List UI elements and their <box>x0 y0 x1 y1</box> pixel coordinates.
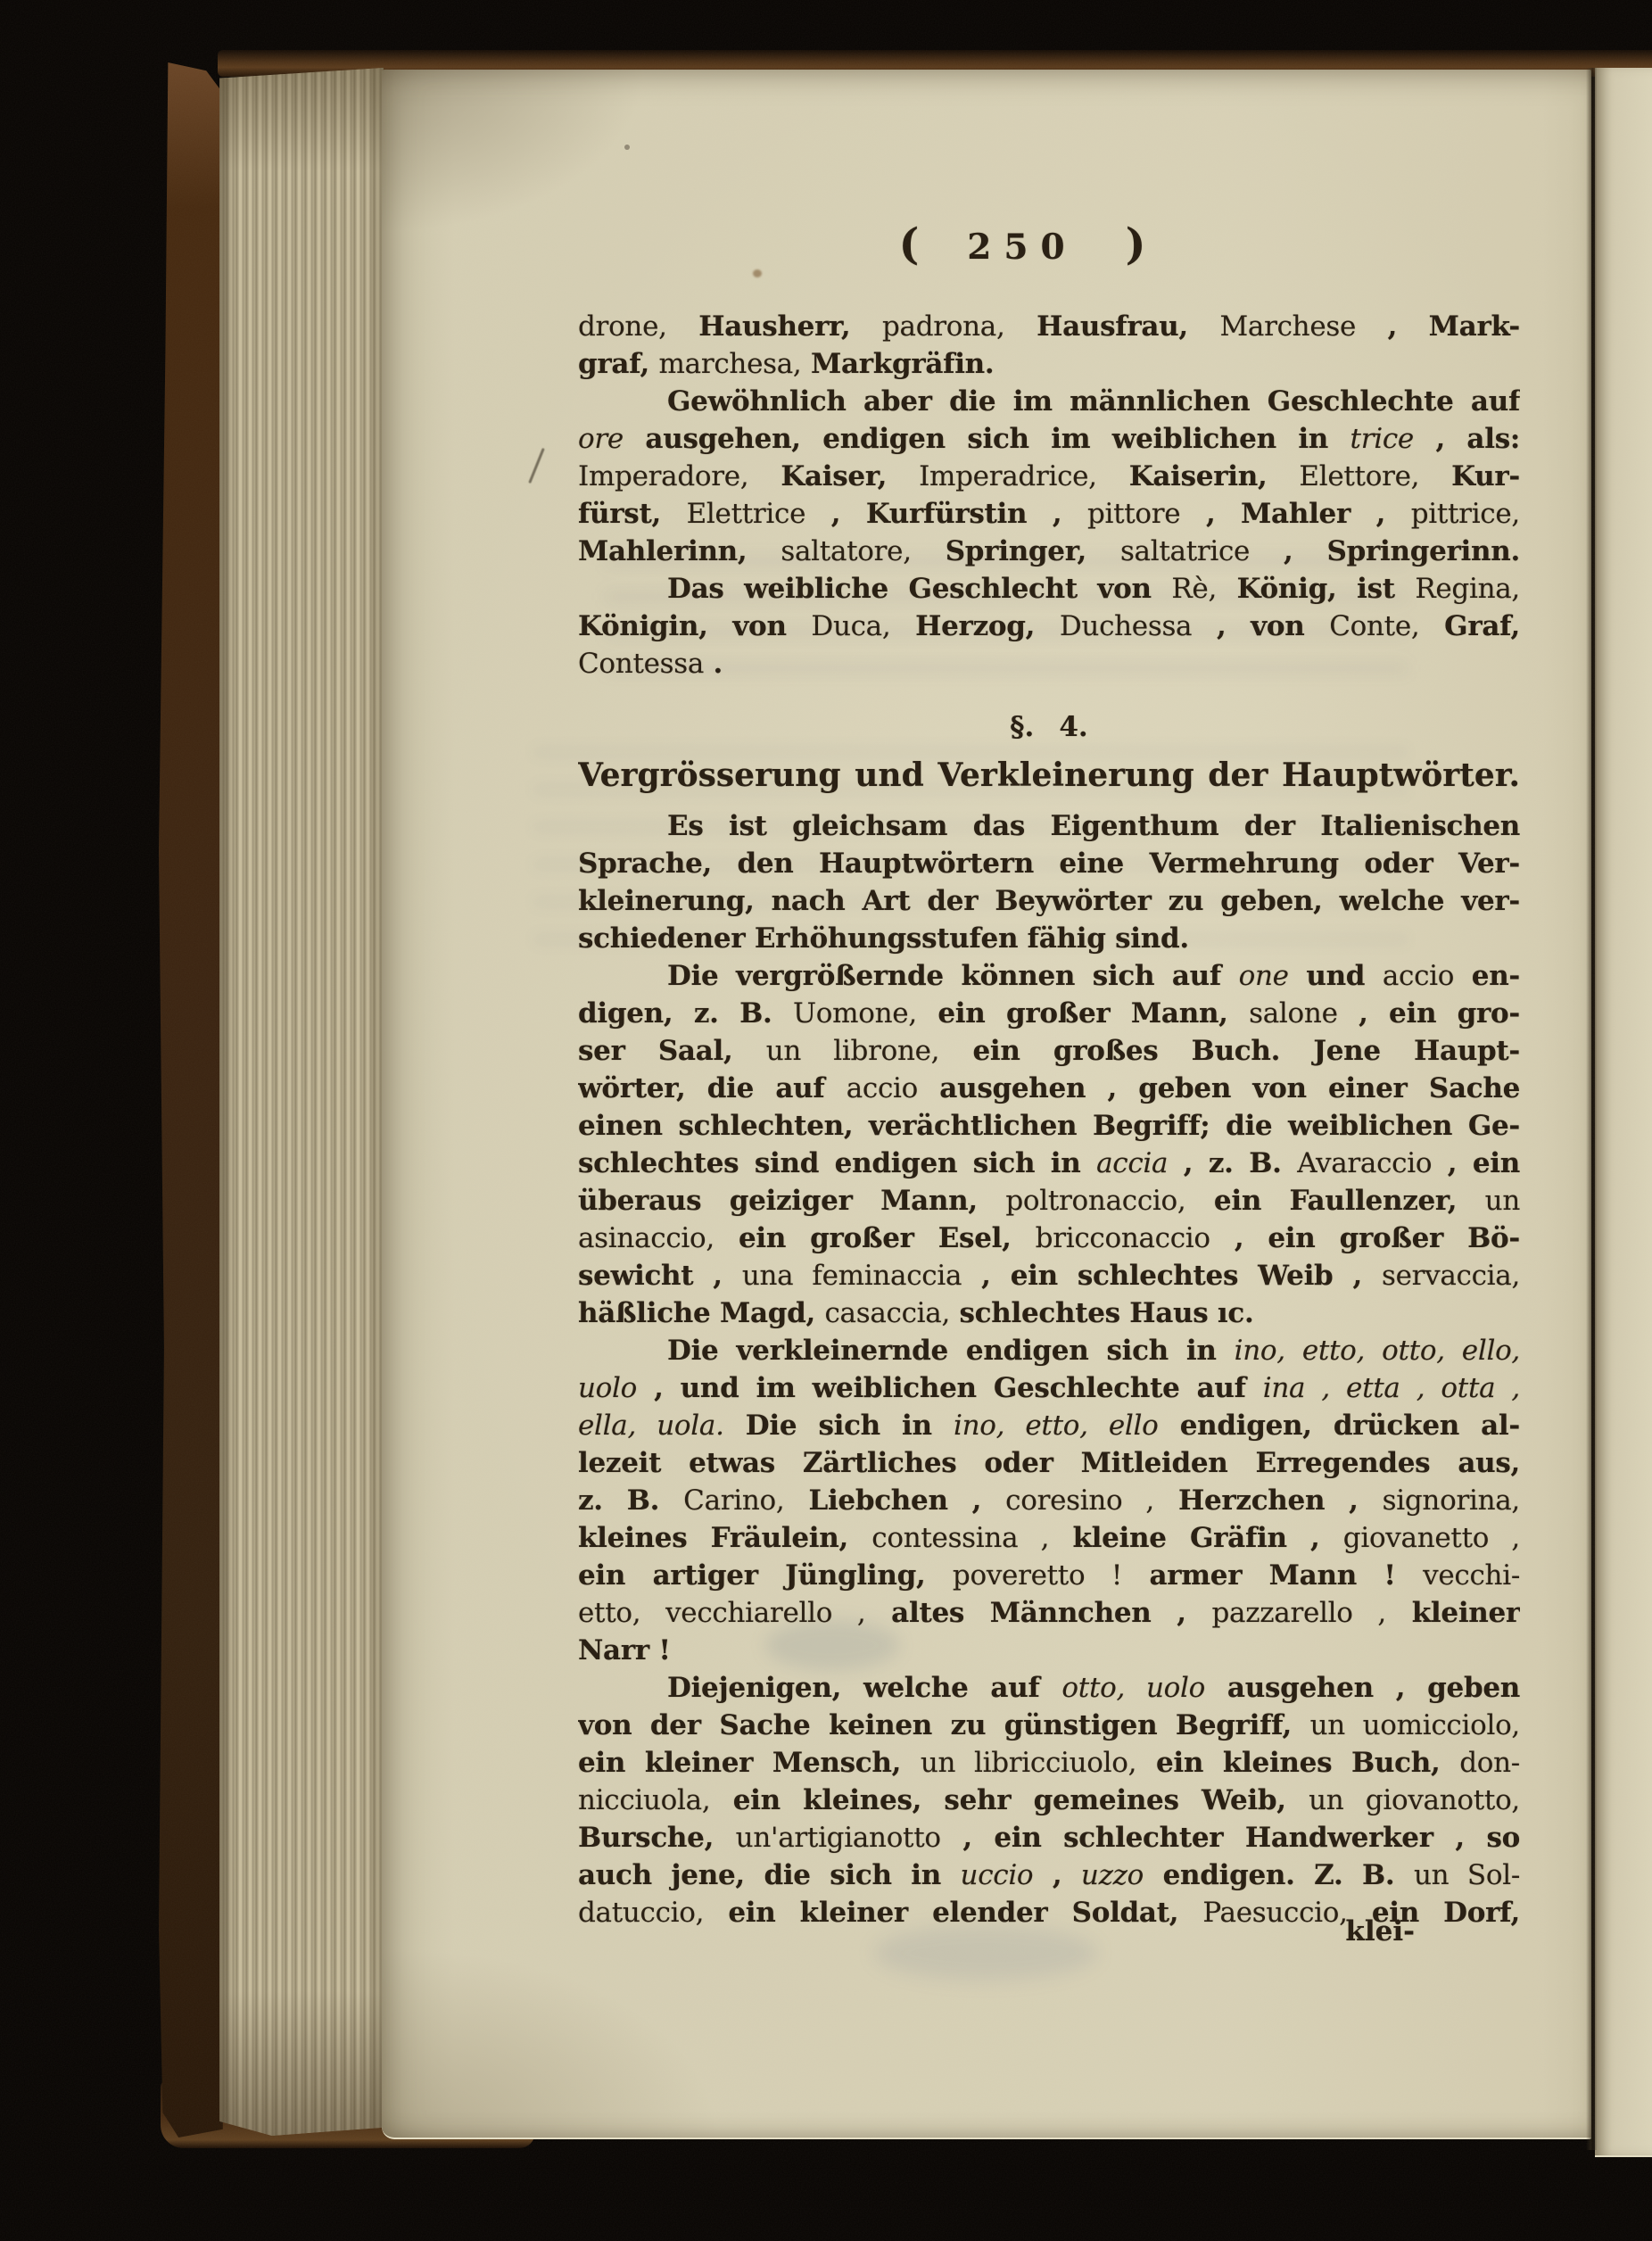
text-line: z. B. Carino, Liebchen , coresino , Herz… <box>578 1482 1520 1519</box>
antiqua-word: un libricciuolo, <box>921 1747 1136 1779</box>
book-cover-board-edge <box>159 62 225 2138</box>
italic-word: ore <box>578 423 624 455</box>
antiqua-word: Duca, <box>811 610 890 642</box>
antiqua-word: pittore <box>1087 498 1180 530</box>
antiqua-word: signorina, <box>1383 1484 1520 1517</box>
text-line: ein artiger Jüngling, poveretto ! armer … <box>578 1557 1520 1594</box>
antiqua-word: Rè, <box>1171 573 1217 605</box>
antiqua-word: accio <box>1383 960 1454 992</box>
italic-word: accia <box>1096 1147 1168 1179</box>
antiqua-word: poveretto ! <box>953 1559 1122 1592</box>
antiqua-word: Contessa <box>578 648 704 680</box>
antiqua-word: don- <box>1459 1747 1520 1779</box>
antiqua-word: casaccia, <box>825 1297 951 1329</box>
antiqua-word: Elettrice <box>687 498 806 530</box>
antiqua-word: salone <box>1249 997 1337 1030</box>
section-mark-symbol: §. <box>1010 711 1034 743</box>
text-line: uolo , und im weiblichen Geschlechte auf… <box>578 1369 1520 1407</box>
antiqua-word: Duchessa <box>1060 610 1192 642</box>
text-line: sewicht , una feminaccia , ein schlechte… <box>578 1257 1520 1294</box>
paragraphs-after-heading: Es ist gleichsam das Eigenthum der Itali… <box>578 807 1520 1931</box>
italic-word: one <box>1239 960 1289 992</box>
text-line: kleines Fräulein, contessina , kleine Gr… <box>578 1519 1520 1557</box>
antiqua-word: vecchi- <box>1423 1559 1520 1592</box>
text-line: ser Saal, un librone, ein großes Buch. J… <box>578 1032 1520 1070</box>
antiqua-word: un Sol- <box>1414 1859 1520 1891</box>
text-line: asinaccio, ein großer Esel, bricconaccio… <box>578 1220 1520 1257</box>
text-line: Das weibliche Geschlecht von Rè, König, … <box>578 570 1520 608</box>
text-line: lezeit etwas Zärtliches oder Mitleiden E… <box>578 1444 1520 1482</box>
text-line: ore ausgehen, endigen sich im weiblichen… <box>578 420 1520 458</box>
text-line: Mahlerinn, saltatore, Springer, saltatri… <box>578 533 1520 570</box>
italic-word: ino, etto, ello <box>954 1410 1159 1442</box>
antiqua-word: Conte, <box>1329 610 1419 642</box>
text-line: schiedener Erhöhungsstufen fähig sind. <box>578 920 1520 957</box>
antiqua-word: un uomicciolo, <box>1310 1709 1520 1741</box>
antiqua-word: Marchese <box>1219 310 1356 343</box>
antiqua-word: Elettore, <box>1299 460 1419 492</box>
antiqua-word: servaccia, <box>1382 1260 1520 1292</box>
text-line: nicciuola, ein kleines, sehr gemeines We… <box>578 1782 1520 1819</box>
antiqua-word: drone, <box>578 310 667 343</box>
antiqua-word: giovanetto , <box>1343 1522 1520 1554</box>
page-number-close-paren: ) <box>1126 219 1146 269</box>
antiqua-word: un librone, <box>766 1035 940 1067</box>
text-line: kleinerung, nach Art der Beywörter zu ge… <box>578 882 1520 920</box>
antiqua-word: un giovanotto, <box>1309 1784 1520 1816</box>
paper-stain-dot <box>624 145 630 150</box>
antiqua-word: Uomone, <box>793 997 917 1030</box>
italic-word: trice <box>1351 423 1414 455</box>
section-number: 4. <box>1059 711 1087 743</box>
text-line: von der Sache keinen zu günstigen Begrif… <box>578 1707 1520 1744</box>
section-mark: §.4. <box>578 707 1520 747</box>
antiqua-word: un <box>1485 1185 1520 1217</box>
antiqua-word: accio <box>847 1072 918 1104</box>
text-line: Sprache, den Hauptwörtern eine Vermehrun… <box>578 845 1520 882</box>
antiqua-word: pazzarello , <box>1212 1597 1387 1629</box>
text-line: graf, marchesa, Markgräfin. <box>578 345 1520 383</box>
antiqua-word: una feminaccia <box>742 1260 962 1292</box>
page-gutter-crease <box>1586 68 1597 2150</box>
antiqua-word: etto, vecchiarello , <box>578 1597 865 1629</box>
antiqua-word: poltronaccio, <box>1005 1185 1185 1217</box>
antiqua-word: coresino , <box>1005 1484 1154 1517</box>
italic-word: uolo <box>578 1372 637 1404</box>
paper-stain-dot <box>753 269 762 277</box>
paragraphs-before-heading: drone, Hausherr, padrona, Hausfrau, Marc… <box>578 308 1520 682</box>
text-line: einen schlechten, verächtlichen Begriff;… <box>578 1107 1520 1145</box>
text-line: Diejenigen, welche auf otto, uolo ausgeh… <box>578 1669 1520 1707</box>
italic-word: ella, uola. <box>578 1410 724 1442</box>
photograph-of-open-book: ( 250 ) drone, Hausherr, padrona, Hausfr… <box>0 0 1652 2241</box>
antiqua-word: saltatore, <box>781 535 911 567</box>
antiqua-word: bricconaccio <box>1036 1222 1210 1254</box>
page-stack-fore-edge <box>219 68 384 2136</box>
text-line: Narr ! <box>578 1632 1520 1669</box>
book-page: ( 250 ) drone, Hausherr, padrona, Hausfr… <box>382 70 1591 2139</box>
text-line: Gewöhnlich aber die im männlichen Geschl… <box>578 383 1520 420</box>
antiqua-word: padrona, <box>882 310 1005 343</box>
text-line: Imperadore, Kaiser, Imperadrice, Kaiseri… <box>578 458 1520 495</box>
text-line: Contessa . <box>578 645 1520 682</box>
antiqua-word: Regina, <box>1415 573 1520 605</box>
text-line: wörter, die auf accio ausgehen , geben v… <box>578 1070 1520 1107</box>
text-line: schlechtes sind endigen sich in accia , … <box>578 1145 1520 1182</box>
page-number-open-paren: ( <box>899 219 920 269</box>
antiqua-word: contessina , <box>871 1522 1049 1554</box>
page-text-block: drone, Hausherr, padrona, Hausfrau, Marc… <box>578 308 1520 1931</box>
antiqua-word: saltatrice <box>1120 535 1250 567</box>
antiqua-word: Avaraccio <box>1297 1147 1432 1179</box>
text-line: auch jene, die sich in uccio , uzzo endi… <box>578 1856 1520 1894</box>
text-line: überaus geiziger Mann, poltronaccio, ein… <box>578 1182 1520 1220</box>
page-number: ( 250 ) <box>551 219 1493 269</box>
italic-word: uccio <box>961 1859 1034 1891</box>
text-line: ein kleiner Mensch, un libricciuolo, ein… <box>578 1744 1520 1782</box>
text-line: Die verkleinernde endigen sich in ino, e… <box>578 1332 1520 1369</box>
antiqua-word: Imperadore, <box>578 460 748 492</box>
antiqua-word: Carino, <box>683 1484 784 1517</box>
antiqua-word: Imperadrice, <box>919 460 1097 492</box>
catchword: klei- <box>578 1913 1520 1950</box>
antiqua-word: nicciuola, <box>578 1784 710 1816</box>
section-title: Vergrösserung und Verkleinerung der Haup… <box>578 750 1520 800</box>
text-line: Die vergrößernde können sich auf one und… <box>578 957 1520 995</box>
text-line: häßliche Magd, casaccia, schlechtes Haus… <box>578 1294 1520 1332</box>
text-line: fürst, Elettrice , Kurfürstin , pittore … <box>578 495 1520 533</box>
italic-word: uzzo <box>1081 1859 1144 1891</box>
antiqua-word: asinaccio, <box>578 1222 714 1254</box>
page-number-value: 250 <box>967 227 1077 268</box>
adjacent-page-sliver <box>1595 68 1652 2157</box>
text-line: Es ist gleichsam das Eigenthum der Itali… <box>578 807 1520 845</box>
text-line: digen, z. B. Uomone, ein großer Mann, sa… <box>578 995 1520 1032</box>
antiqua-word: pittrice, <box>1411 498 1520 530</box>
pen-stroke-mark <box>528 448 545 484</box>
text-line: drone, Hausherr, padrona, Hausfrau, Marc… <box>578 308 1520 345</box>
italic-word: otto, uolo <box>1061 1672 1205 1704</box>
italic-word: ino, etto, otto, ello, <box>1235 1335 1520 1367</box>
antiqua-word: marchesa, <box>659 348 802 380</box>
antiqua-word: un'artigianotto <box>736 1822 941 1854</box>
text-line: etto, vecchiarello , altes Männchen , pa… <box>578 1594 1520 1632</box>
text-line: ella, uola. Die sich in ino, etto, ello … <box>578 1407 1520 1444</box>
text-line: Bursche, un'artigianotto , ein schlechte… <box>578 1819 1520 1856</box>
text-line: Königin, von Duca, Herzog, Duchessa , vo… <box>578 608 1520 645</box>
italic-word: ina , etta , otta , <box>1263 1372 1520 1404</box>
